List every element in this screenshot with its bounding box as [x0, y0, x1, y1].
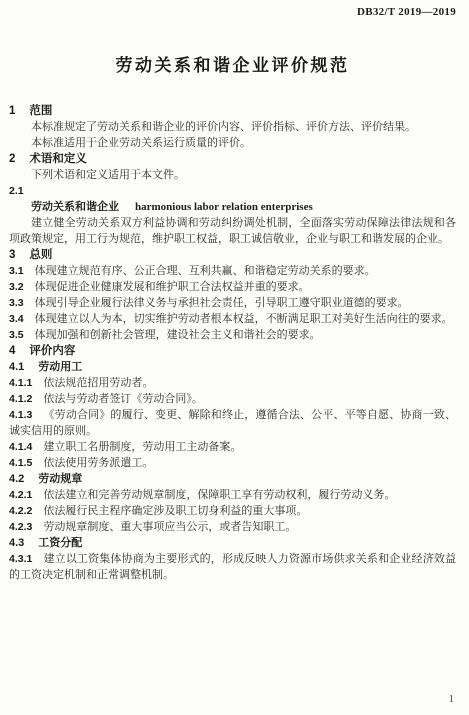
section-heading-2: 2术语和定义: [9, 151, 456, 167]
document-header: DB32/T 2019—2019: [9, 6, 456, 19]
section-title: 术语和定义: [29, 153, 87, 165]
clause-text: 体现建立规范有序、公正合理、互利共赢、和谐稳定劳动关系的要求。: [35, 265, 376, 277]
document-footer: 1: [449, 693, 455, 705]
clause-text: 《劳动合同》的履行、变更、解除和终止，遵循合法、公平、平等自愿、协商一致、诚实信…: [9, 409, 456, 437]
paragraph: 下列术语和定义适用于本文件。: [9, 167, 456, 183]
clause-text: 建立职工名册制度，劳动用工主动备案。: [43, 441, 241, 453]
section-number: 3: [9, 249, 29, 261]
clause-4-1-5: 4.1.5依法使用劳务派遣工。: [9, 455, 456, 471]
clause-text: 依法规范招用劳动者。: [43, 377, 153, 389]
clause-number: 4.2.3: [9, 521, 43, 533]
clause-number: 4.2.2: [9, 505, 43, 517]
clause-text: 建立以工资集体协商为主要形式的，形成反映人力资源市场供求关系和企业经济效益的工资…: [9, 553, 456, 581]
section-heading-4-3: 4.3工资分配: [9, 535, 456, 551]
clause-4-1-3: 4.1.3《劳动合同》的履行、变更、解除和终止，遵循合法、公平、平等自愿、协商一…: [9, 407, 456, 439]
section-number: 4.3: [9, 537, 38, 549]
section-number: 4.1: [9, 361, 38, 373]
section-number: 1: [9, 105, 29, 117]
document-title: 劳动关系和谐企业评价规范: [9, 54, 456, 77]
clause-text: 体现促进企业健康发展和维护职工合法权益并重的要求。: [35, 281, 310, 293]
clause-number: 3.5: [9, 329, 35, 341]
clause-3-3: 3.3体现引导企业履行法律义务与承担社会责任，引导职工遵守职业道德的要求。: [9, 295, 456, 311]
clause-number: 3.1: [9, 265, 35, 277]
clause-text: 依法与劳动者签订《劳动合同》。: [43, 393, 203, 405]
clause-4-3-1: 4.3.1建立以工资集体协商为主要形式的，形成反映人力资源市场供求关系和企业经济…: [9, 551, 456, 583]
clause-text: 依法建立和完善劳动规章制度，保障职工享有劳动权利，履行劳动义务。: [43, 489, 395, 501]
clause-4-1-4: 4.1.4建立职工名册制度，劳动用工主动备案。: [9, 439, 456, 455]
clause-number: 4.3.1: [9, 553, 43, 565]
clause-3-2: 3.2体现促进企业健康发展和维护职工合法权益并重的要求。: [9, 279, 456, 295]
clause-text: 体现加强和创新社会管理，建设社会主义和谐社会的要求。: [35, 329, 321, 341]
clause-text: 依法履行民主程序确定涉及职工切身利益的重大事项。: [43, 505, 307, 517]
clause-number: 4.1.2: [9, 393, 43, 405]
paragraph: 本标准规定了劳动关系和谐企业的评价内容、评价指标、评价方法、评价结果。: [9, 119, 456, 135]
section-heading-3: 3总则: [9, 247, 456, 263]
section-number: 4.2: [9, 473, 38, 485]
clause-3-4: 3.4体现建立以人为本，切实维护劳动者根本权益，不断满足职工对美好生活向往的要求…: [9, 311, 456, 327]
section-heading-4: 4评价内容: [9, 343, 456, 359]
clause-text: 依法使用劳务派遣工。: [43, 457, 153, 469]
clause-text: 劳动规章制度、重大事项应当公示，或者告知职工。: [43, 521, 296, 533]
clause-4-1-2: 4.1.2依法与劳动者签订《劳动合同》。: [9, 391, 456, 407]
paragraph: 建立健全劳动关系双方利益协调和劳动纠纷调处机制，全面落实劳动保障法律法规和各项政…: [9, 215, 456, 247]
clause-4-2-1: 4.2.1依法建立和完善劳动规章制度，保障职工享有劳动权利，履行劳动义务。: [9, 487, 456, 503]
section-title: 劳动用工: [38, 361, 82, 373]
clause-number: 3.4: [9, 313, 35, 325]
section-title: 范围: [29, 105, 52, 117]
section-title: 评价内容: [29, 345, 75, 357]
term-english: harmonious labor relation enterprises: [135, 201, 313, 213]
section-heading-1: 1范围: [9, 103, 456, 119]
clause-number: 4.1.1: [9, 377, 43, 389]
clause-text: 体现建立以人为本，切实维护劳动者根本权益，不断满足职工对美好生活向往的要求。: [35, 313, 453, 325]
section-heading-4-1: 4.1劳动用工: [9, 359, 456, 375]
clause-number: 4.1.4: [9, 441, 43, 453]
clause-4-1-1: 4.1.1依法规范招用劳动者。: [9, 375, 456, 391]
clause-4-2-3: 4.2.3劳动规章制度、重大事项应当公示，或者告知职工。: [9, 519, 456, 535]
clause-number: 4.1.5: [9, 457, 43, 469]
section-heading-4-2: 4.2劳动规章: [9, 471, 456, 487]
clause-number: 3.3: [9, 297, 35, 309]
term-entry: 劳动关系和谐企业harmonious labor relation enterp…: [9, 199, 456, 215]
section-title: 总则: [29, 249, 52, 261]
section-title: 劳动规章: [38, 473, 82, 485]
clause-3-5: 3.5体现加强和创新社会管理，建设社会主义和谐社会的要求。: [9, 327, 456, 343]
standard-number: DB32/T 2019—2019: [357, 6, 456, 18]
section-number: 4: [9, 345, 29, 357]
term-chinese: 劳动关系和谐企业: [31, 201, 135, 213]
paragraph: 本标准适用于企业劳动关系运行质量的评价。: [9, 135, 456, 151]
section-number: 2: [9, 153, 29, 165]
clause-3-1: 3.1体现建立规范有序、公正合理、互利共赢、和谐稳定劳动关系的要求。: [9, 263, 456, 279]
section-title: 工资分配: [38, 537, 82, 549]
clause-text: 体现引导企业履行法律义务与承担社会责任，引导职工遵守职业道德的要求。: [35, 297, 409, 309]
clause-4-2-2: 4.2.2依法履行民主程序确定涉及职工切身利益的重大事项。: [9, 503, 456, 519]
document-page: DB32/T 2019—2019 劳动关系和谐企业评价规范 1范围本标准规定了劳…: [0, 0, 469, 715]
clause-number: 3.2: [9, 281, 35, 293]
term-number-2-1: 2.1: [9, 183, 456, 199]
page-number: 1: [449, 693, 455, 705]
document-body: 1范围本标准规定了劳动关系和谐企业的评价内容、评价指标、评价方法、评价结果。本标…: [9, 103, 456, 583]
clause-number: 4.2.1: [9, 489, 43, 501]
clause-number: 4.1.3: [9, 409, 43, 421]
